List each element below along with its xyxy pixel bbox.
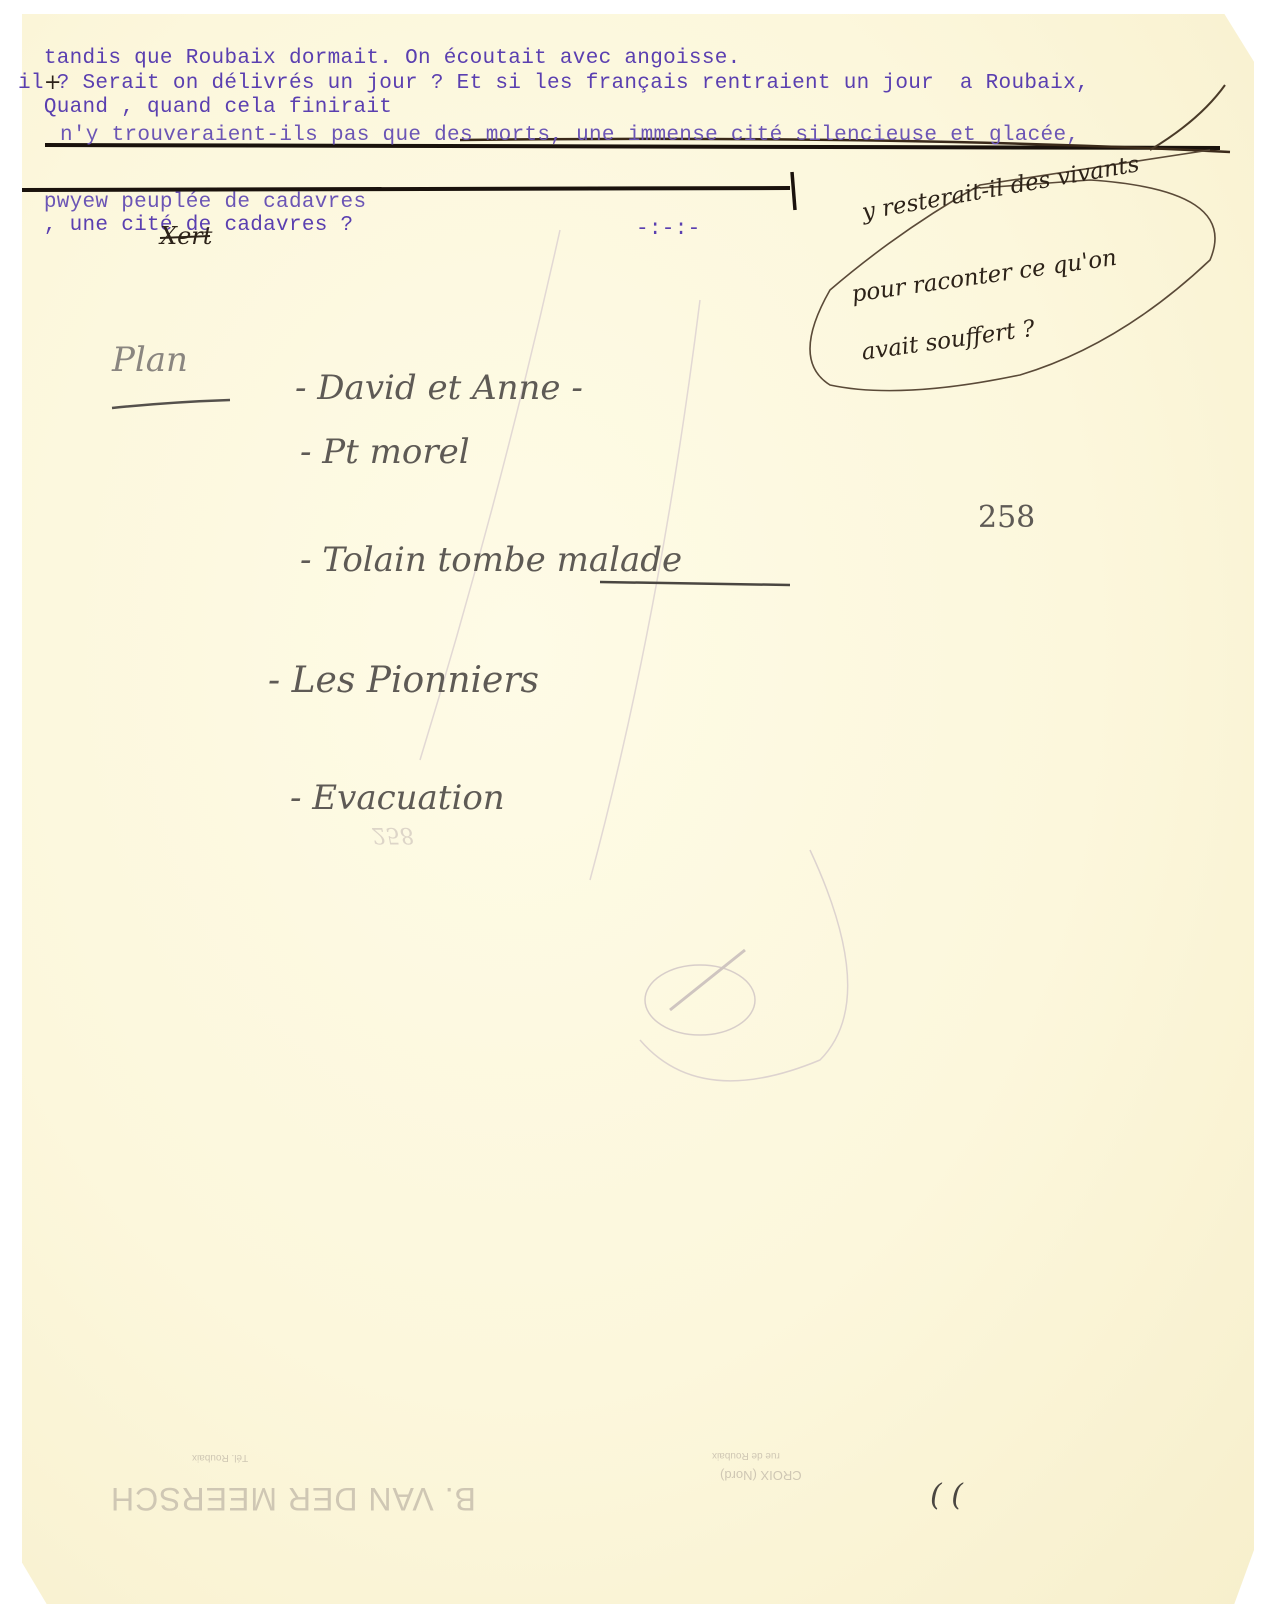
plan-title: Plan (112, 340, 188, 380)
letterhead-phone: Tél. Roubaix (192, 1452, 248, 1463)
typed-line-2: il ? Serait on délivrés un jour ? Et si … (18, 72, 1089, 95)
plan-item: - Tolain tombe malade (300, 540, 682, 580)
struck-text: pwyew peuplée de cadavres (44, 191, 367, 214)
faint-page-number: 258 (372, 822, 414, 847)
plan-item: - Les Pionniers (268, 660, 539, 701)
section-separator: -:-:- (636, 218, 701, 241)
crossed-word: Xert (160, 222, 212, 250)
letterhead-address: CROIX (Nord) (720, 1468, 802, 1483)
plan-item: - Evacuation (290, 778, 505, 818)
typed-line-3-struck: n'y trouveraient-ils pas que des morts, … (60, 124, 1079, 147)
plan-item: - Pt morel (300, 432, 470, 472)
page-number: 258 (978, 500, 1035, 535)
letterhead-name: B. VAN DER MEERSCH (110, 1480, 476, 1517)
plan-item: - David et Anne - (295, 368, 583, 408)
letterhead-street: rue de Roubaix (712, 1450, 780, 1461)
bottom-mark: ( ( (930, 1478, 963, 1513)
